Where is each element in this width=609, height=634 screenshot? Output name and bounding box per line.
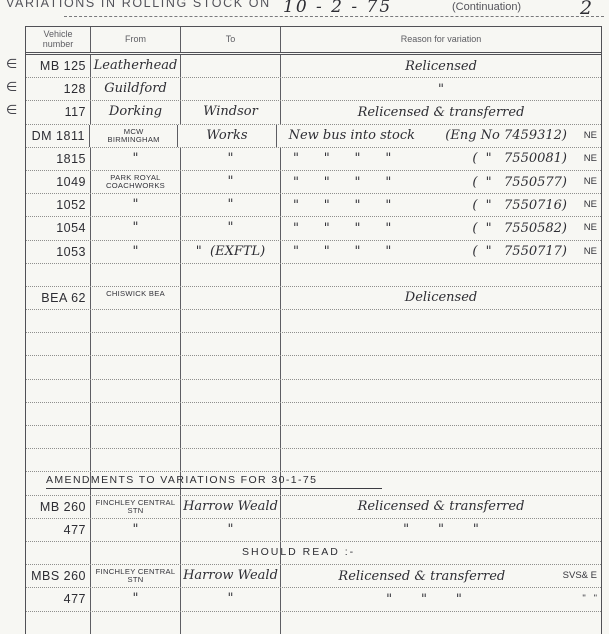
table-row (26, 356, 601, 379)
from-cell: " (91, 194, 181, 216)
table-header-row: Vehicle number From To Reason for variat… (26, 27, 601, 55)
to-cell: Works (178, 125, 276, 147)
header-to: To (181, 27, 281, 52)
vehicle-cell: 1054 (26, 217, 91, 239)
from-cell: CHISWICK BEA (91, 287, 181, 309)
allocation-code: NE (567, 125, 601, 147)
allocation-code: NE (567, 194, 601, 216)
from-cell: Guildford (91, 78, 181, 100)
vehicle-cell: BEA 62 (26, 287, 91, 309)
vehicle-cell (26, 403, 91, 425)
page-title: VARIATIONS IN ROLLING STOCK ON (6, 0, 271, 10)
vehicle-cell: 477 (26, 519, 91, 541)
to-cell (181, 287, 281, 309)
reason-cell: Relicensed & transferred (281, 496, 601, 518)
vehicle-cell: 1052 (26, 194, 91, 216)
to-cell: " (181, 519, 281, 541)
table-row (26, 612, 601, 634)
vehicle-cell: 1815 (26, 148, 91, 170)
to-cell (181, 449, 281, 471)
margin-check-icon: ∈ (6, 57, 17, 72)
vehicle-cell: 477 (26, 588, 91, 610)
reason-cell (281, 449, 601, 471)
from-cell (91, 449, 181, 471)
reason-cell (281, 380, 601, 402)
table-row: BEA 62CHISWICK BEADelicensed (26, 287, 601, 310)
reason-cell: Delicensed (281, 287, 601, 309)
reason-cell: " " "" " (281, 588, 601, 610)
reason-cell: Relicensed & transferred (281, 101, 601, 123)
table-row (26, 426, 601, 449)
reason-cell (281, 426, 601, 448)
reason-cell: " " " "( " 7550716)NE (281, 194, 601, 216)
table-row: 1053"" (EXFTL)" " " "( " 7550717)NE (26, 241, 601, 264)
from-cell (91, 426, 181, 448)
to-cell (181, 612, 281, 634)
from-cell: " (91, 588, 181, 610)
reason-cell: " " " "( " 7550577)NE (281, 171, 601, 193)
header-from: From (91, 27, 181, 52)
table-row (26, 264, 601, 287)
to-cell (181, 333, 281, 355)
vehicle-cell (26, 264, 91, 286)
reason-text: " " " " (281, 175, 415, 190)
scanned-ledger-page: VARIATIONS IN ROLLING STOCK ON 10 - 2 - … (0, 0, 609, 634)
reason-text: " (281, 82, 601, 97)
reason-cell (281, 356, 601, 378)
vehicle-cell (26, 310, 91, 332)
margin-check-icon: ∈ (6, 80, 17, 95)
to-cell (181, 426, 281, 448)
reason-text: " " " " (281, 198, 415, 213)
to-cell: " (181, 171, 281, 193)
reason-cell: Relicensed (281, 55, 601, 77)
allocation-code: NE (567, 148, 601, 170)
from-cell: " (91, 217, 181, 239)
header-vehicle-number: Vehicle number (26, 27, 91, 52)
table-row: MB 260FINCHLEY CENTRALSTNHarrow WealdRel… (26, 496, 601, 519)
from-line: BIRMINGHAM (90, 136, 177, 144)
from-line: STN (91, 507, 180, 515)
margin-check-icon: ∈ (6, 103, 17, 118)
to-cell: " (EXFTL) (181, 241, 281, 263)
reason-cell: Relicensed & transferredSVS& E (281, 565, 601, 587)
to-cell: Windsor (181, 101, 281, 123)
table-row: 117DorkingWindsorRelicensed & transferre… (26, 101, 601, 124)
table-row: MB 125LeatherheadRelicensed∈ (26, 55, 601, 78)
from-cell (91, 264, 181, 286)
title-underline (64, 16, 604, 17)
should-read-note: SHOULD READ :- (242, 546, 355, 558)
to-cell (181, 356, 281, 378)
reason-text: " " " " (281, 151, 415, 166)
to-cell: Harrow Weald (181, 565, 281, 587)
from-cell: " (91, 148, 181, 170)
table-body: MB 125LeatherheadRelicensed∈128Guildford… (26, 55, 601, 634)
from-cell: Leatherhead (91, 55, 181, 77)
to-cell: " (181, 217, 281, 239)
handwritten-date: 10 - 2 - 75 (283, 0, 392, 17)
vehicle-cell (26, 333, 91, 355)
vehicle-cell: DM 1811 (26, 125, 90, 147)
vehicle-cell: 1053 (26, 241, 91, 263)
engine-number-ref: (Eng No 7459312) (415, 128, 567, 143)
reason-text: Relicensed & transferred (281, 569, 563, 584)
reason-text: New bus into stock (277, 128, 415, 143)
reason-cell: " " " (281, 519, 601, 541)
table-row: 1052""" " " "( " 7550716)NE (26, 194, 601, 217)
reason-cell (281, 333, 601, 355)
table-row: 1049PARK ROYALCOACHWORKS"" " " "( " 7550… (26, 171, 601, 194)
from-cell (91, 380, 181, 402)
vehicle-cell (26, 356, 91, 378)
reason-text: Relicensed (281, 59, 601, 74)
from-cell: Dorking (91, 101, 181, 123)
vehicle-cell: MBS 260 (26, 565, 91, 587)
reason-cell: " " " "( " 7550081)NE (281, 148, 601, 170)
engine-number-ref: ( " 7550582) (415, 221, 567, 236)
table-row: 1815""" " " "( " 7550081)NE (26, 148, 601, 171)
vehicle-cell (26, 426, 91, 448)
amendments-heading: AMENDMENTS TO VARIATIONS FOR 30-1-75 (46, 474, 382, 489)
table-row (26, 403, 601, 426)
from-cell: " (91, 241, 181, 263)
vehicle-cell: MB 125 (26, 55, 91, 77)
reason-cell (281, 612, 601, 634)
from-cell (91, 542, 181, 564)
reason-text: " " " " (281, 221, 415, 236)
to-cell (181, 55, 281, 77)
to-cell (181, 78, 281, 100)
reason-cell: " " " "( " 7550582)NE (281, 217, 601, 239)
from-cell: FINCHLEY CENTRALSTN (91, 565, 181, 587)
from-cell (91, 356, 181, 378)
to-cell (181, 380, 281, 402)
table-row (26, 310, 601, 333)
table-row: 128Guildford"∈ (26, 78, 601, 101)
allocation-code: NE (567, 241, 601, 263)
reason-cell (281, 403, 601, 425)
from-line: COACHWORKS (91, 182, 180, 190)
reason-cell: New bus into stock(Eng No 7459312)NE (277, 125, 601, 147)
reason-text: " " " " (281, 244, 415, 259)
table-row: 477""" " "" " (26, 588, 601, 611)
continuation-label: (Continuation) (452, 1, 521, 13)
allocation-code: " " (567, 588, 601, 610)
to-cell: Harrow Weald (181, 496, 281, 518)
vehicle-cell: 117 (26, 101, 91, 123)
engine-number-ref: ( " 7550081) (415, 151, 567, 166)
engine-number-ref: ( " 7550577) (415, 175, 567, 190)
table-row (26, 380, 601, 403)
from-cell: PARK ROYALCOACHWORKS (91, 171, 181, 193)
table-row: SHOULD READ :- (26, 542, 601, 565)
reason-cell (281, 310, 601, 332)
from-line: STN (91, 576, 180, 584)
header-reason: Reason for variation (281, 27, 601, 52)
to-cell (181, 310, 281, 332)
table-row (26, 333, 601, 356)
from-cell: MCWBIRMINGHAM (90, 125, 178, 147)
to-cell: " (181, 194, 281, 216)
allocation-code: SVS& E (563, 565, 601, 587)
reason-cell (281, 264, 601, 286)
table-row: MBS 260FINCHLEY CENTRALSTNHarrow WealdRe… (26, 565, 601, 588)
to-cell (181, 264, 281, 286)
vehicle-cell (26, 449, 91, 471)
vehicle-cell (26, 612, 91, 634)
table-row: 1054""" " " "( " 7550582)NE (26, 217, 601, 240)
to-cell (181, 403, 281, 425)
reason-text: " " " (281, 592, 567, 607)
to-cell: " (181, 148, 281, 170)
variations-table: Vehicle number From To Reason for variat… (25, 26, 602, 634)
reason-cell: " " " "( " 7550717)NE (281, 241, 601, 263)
from-cell: FINCHLEY CENTRALSTN (91, 496, 181, 518)
vehicle-cell (26, 542, 91, 564)
from-line: CHISWICK BEA (91, 290, 180, 298)
from-cell (91, 310, 181, 332)
from-cell: " (91, 519, 181, 541)
table-row: 477""" " " (26, 519, 601, 542)
from-cell (91, 333, 181, 355)
reason-text: " " " (281, 522, 601, 537)
engine-number-ref: ( " 7550716) (415, 198, 567, 213)
reason-text: Relicensed & transferred (281, 105, 601, 120)
to-cell: " (181, 588, 281, 610)
allocation-code: NE (567, 171, 601, 193)
vehicle-cell: MB 260 (26, 496, 91, 518)
table-row: DM 1811MCWBIRMINGHAMWorksNew bus into st… (26, 125, 601, 148)
reason-cell: " (281, 78, 601, 100)
table-row (26, 449, 601, 472)
vehicle-cell: 128 (26, 78, 91, 100)
from-cell (91, 403, 181, 425)
table-row: AMENDMENTS TO VARIATIONS FOR 30-1-75 (26, 472, 601, 495)
vehicle-cell: 1049 (26, 171, 91, 193)
allocation-code: NE (567, 217, 601, 239)
engine-number-ref: ( " 7550717) (415, 244, 567, 259)
reason-text: Relicensed & transferred (281, 499, 601, 514)
vehicle-cell (26, 380, 91, 402)
reason-text: Delicensed (281, 290, 601, 305)
from-cell (91, 612, 181, 634)
